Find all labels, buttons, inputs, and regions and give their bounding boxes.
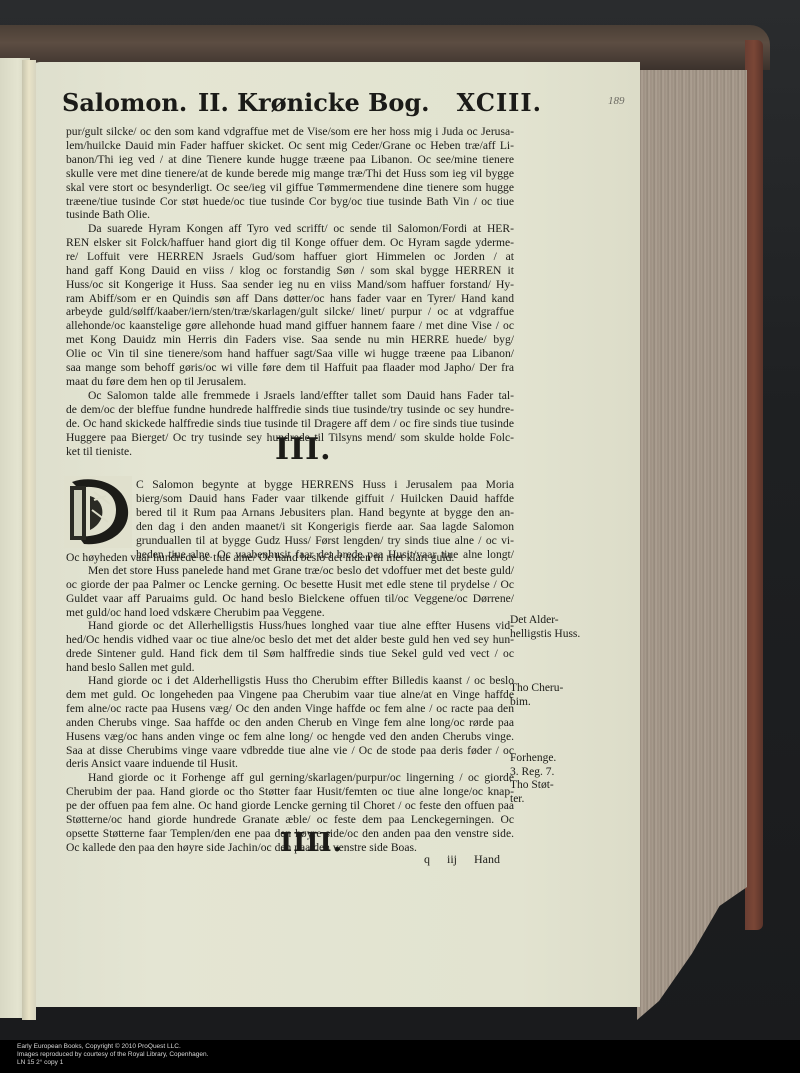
text-line: arbeyde guld/sølff/kaaber/iern/sten/træ/… [66, 305, 514, 319]
page-fore-edge [637, 70, 747, 1020]
text-line: Oc høyheden vaar hundrede oc tiue alne/ … [66, 551, 514, 565]
text-line: REN elsker sit Folck/haffuer hand giort … [66, 236, 514, 250]
text-line: allehonde/oc kaanstelige gøre allehonde … [66, 319, 514, 333]
text-line: met Kong Dauidz min Herris din Faders vi… [66, 333, 514, 347]
catchword: Hand [474, 852, 500, 866]
text-line: ram Abiff/som er en Quindis søn aff Dans… [66, 292, 514, 306]
text-line: pe der offuen paa fem alne. Oc hand gior… [66, 799, 514, 813]
text-line: met guld/oc hand loed vdskære Cherubim p… [66, 606, 514, 620]
footer-shelfmark: LN 15 2° copy 1 [17, 1059, 63, 1067]
chapter-heading-3: III. [275, 432, 332, 467]
text-line: Hand giorde oc det Allerhelligstis Huss/… [66, 619, 514, 633]
pencil-folio-number: 189 [608, 95, 625, 107]
text-line: anden Cherubs vinge. Saa haffde oc den a… [66, 716, 514, 730]
text-line: Husens væg/oc hans anden vinge oc fem al… [66, 730, 514, 744]
text-block-6: Hand giorde oc i det Alderhelligstis Hus… [66, 674, 514, 771]
text-line: oc giorde der paa Palmer oc Lencke gerni… [66, 578, 514, 592]
running-head-left: Salomon. [62, 88, 187, 117]
text-line: hand gaff Kong Dauid en viiss / klog oc … [66, 264, 514, 278]
text-line: grunduallen til at bygge Gudz Huss/ Førs… [136, 534, 514, 548]
footer-copyright: Early European Books, Copyright © 2010 P… [17, 1043, 181, 1051]
text-line: banon/Thi ieg ved / at dine Tienere kund… [66, 153, 514, 167]
running-head: Salomon. II. Krønicke Bog. XCIII. [62, 88, 542, 122]
marginal-note-line: helligstis Huss. [510, 628, 580, 642]
text-line: Cherubim der paa. Hand giorde oc tho Stø… [66, 785, 514, 799]
text-block-4: Men det store Huss panelede hand met Gra… [66, 564, 514, 620]
marginal-note-line: ter. [510, 793, 556, 807]
text-line: fem alne/oc racte paa Husens væg/ Oc den… [66, 702, 514, 716]
text-line: hed/Oc hendis vidhed vaar oc tiue alne/o… [66, 633, 514, 647]
text-line: Men det store Huss panelede hand met Gra… [66, 564, 514, 578]
footer-courtesy: Images reproduced by courtesy of the Roy… [17, 1051, 208, 1059]
text-block-2: Da suarede Hyram Kongen aff Tyro ved scr… [66, 222, 514, 389]
text-line: bered til it Rum paa Arnans Jebusiters p… [136, 506, 514, 520]
running-head-center: II. Krønicke Bog. [198, 88, 430, 117]
text-line: Huss/oc sit Kongerige it Huss. Saa sende… [66, 278, 514, 292]
marginal-note-line: Forhenge. [510, 752, 556, 766]
text-line: skulle vere met dine tienere/at de kunde… [66, 167, 514, 181]
text-line: drede Sintener guld. Hand fick dem til S… [66, 647, 514, 661]
text-line: de. Oc hand skickede halffredie sinds ti… [66, 417, 514, 431]
text-line: deris Ansict vaare induende til Husit. [66, 757, 514, 771]
book-gutter [22, 60, 36, 1020]
text-line: hand beslo Sallen met guld. [66, 661, 514, 675]
decorated-initial-letter [64, 476, 132, 548]
text-line: pur/gult silcke/ oc den som kand vdgraff… [66, 125, 514, 139]
signature-and-catchword: q iij Hand [424, 852, 500, 867]
signature-mark: q iij [424, 852, 457, 866]
text-line: re/ Loffuit vere HERREN Jsraels Gud/som … [66, 250, 514, 264]
text-line: tusinde Bath Olie. [66, 208, 514, 222]
text-line: Støtterne/oc hand giorde hundrede Granat… [66, 813, 514, 827]
text-line: lem/huilcke Dauid min Fader haffuer skic… [66, 139, 514, 153]
chapter-heading-4: IIII. [280, 828, 343, 858]
text-line: Oc Salomon talde alle fremmede i Jsraels… [66, 389, 514, 403]
text-line: Olie oc Vin til sine tienere/som hand ha… [66, 347, 514, 361]
text-block-5: Hand giorde oc det Allerhelligstis Huss/… [66, 619, 514, 675]
text-line: den dag i den anden maanet/i sit Kongeri… [136, 520, 514, 534]
marginal-note-3: Forhenge. 3. Reg. 7. Tho Støt- ter. [510, 752, 556, 806]
text-line: C Salomon begynte at bygge HERRENS Huss … [136, 478, 514, 492]
decorated-initial-d-icon [64, 476, 132, 548]
marginal-note-2: Tho Cheru- bim. [510, 682, 563, 709]
running-head-folio: XCIII. [457, 88, 542, 117]
chapter-3-line-full: Oc høyheden vaar hundrede oc tiue alne/ … [66, 551, 514, 565]
text-line: Hand giorde oc i det Alderhelligstis Hus… [66, 674, 514, 688]
marginal-note-line: Det Alder- [510, 614, 580, 628]
marginal-note-line: Tho Støt- [510, 779, 556, 793]
copyright-footer: Early European Books, Copyright © 2010 P… [0, 1040, 800, 1073]
marginal-note-line: 3. Reg. 7. [510, 766, 556, 780]
text-line: dem met guld. Oc longeheden paa Vingene … [66, 688, 514, 702]
text-line: Hand giorde oc it Forhenge aff gul gerni… [66, 771, 514, 785]
text-line: Saa at disse Cherubims vinge vaare vdbre… [66, 744, 514, 758]
text-line: maat du føre dem hen op til Jerusalem. [66, 375, 514, 389]
text-line: Guldet vaar aff Paruaims guld. Oc hand b… [66, 592, 514, 606]
book-cover-right-edge [745, 40, 763, 930]
marginal-note-1: Det Alder- helligstis Huss. [510, 614, 580, 641]
marginal-note-line: Tho Cheru- [510, 682, 563, 696]
text-line: de dem/oc der bleffue fundne hundrede ha… [66, 403, 514, 417]
text-line: Da suarede Hyram Kongen aff Tyro ved scr… [66, 222, 514, 236]
marginal-note-line: bim. [510, 696, 563, 710]
text-block-1: pur/gult silcke/ oc den som kand vdgraff… [66, 125, 514, 222]
text-line: bierg/som Dauid hans Fader vaar tilkende… [136, 492, 514, 506]
text-line: skal vere stort oc besynderligt. Oc see/… [66, 181, 514, 195]
chapter-3-opening: C Salomon begynte at bygge HERRENS Huss … [136, 478, 514, 561]
text-line: træene/tiue tusinde Cor støt huede/oc ti… [66, 195, 514, 209]
text-line: saa mange som behoff gøris/oc wi ville f… [66, 361, 514, 375]
